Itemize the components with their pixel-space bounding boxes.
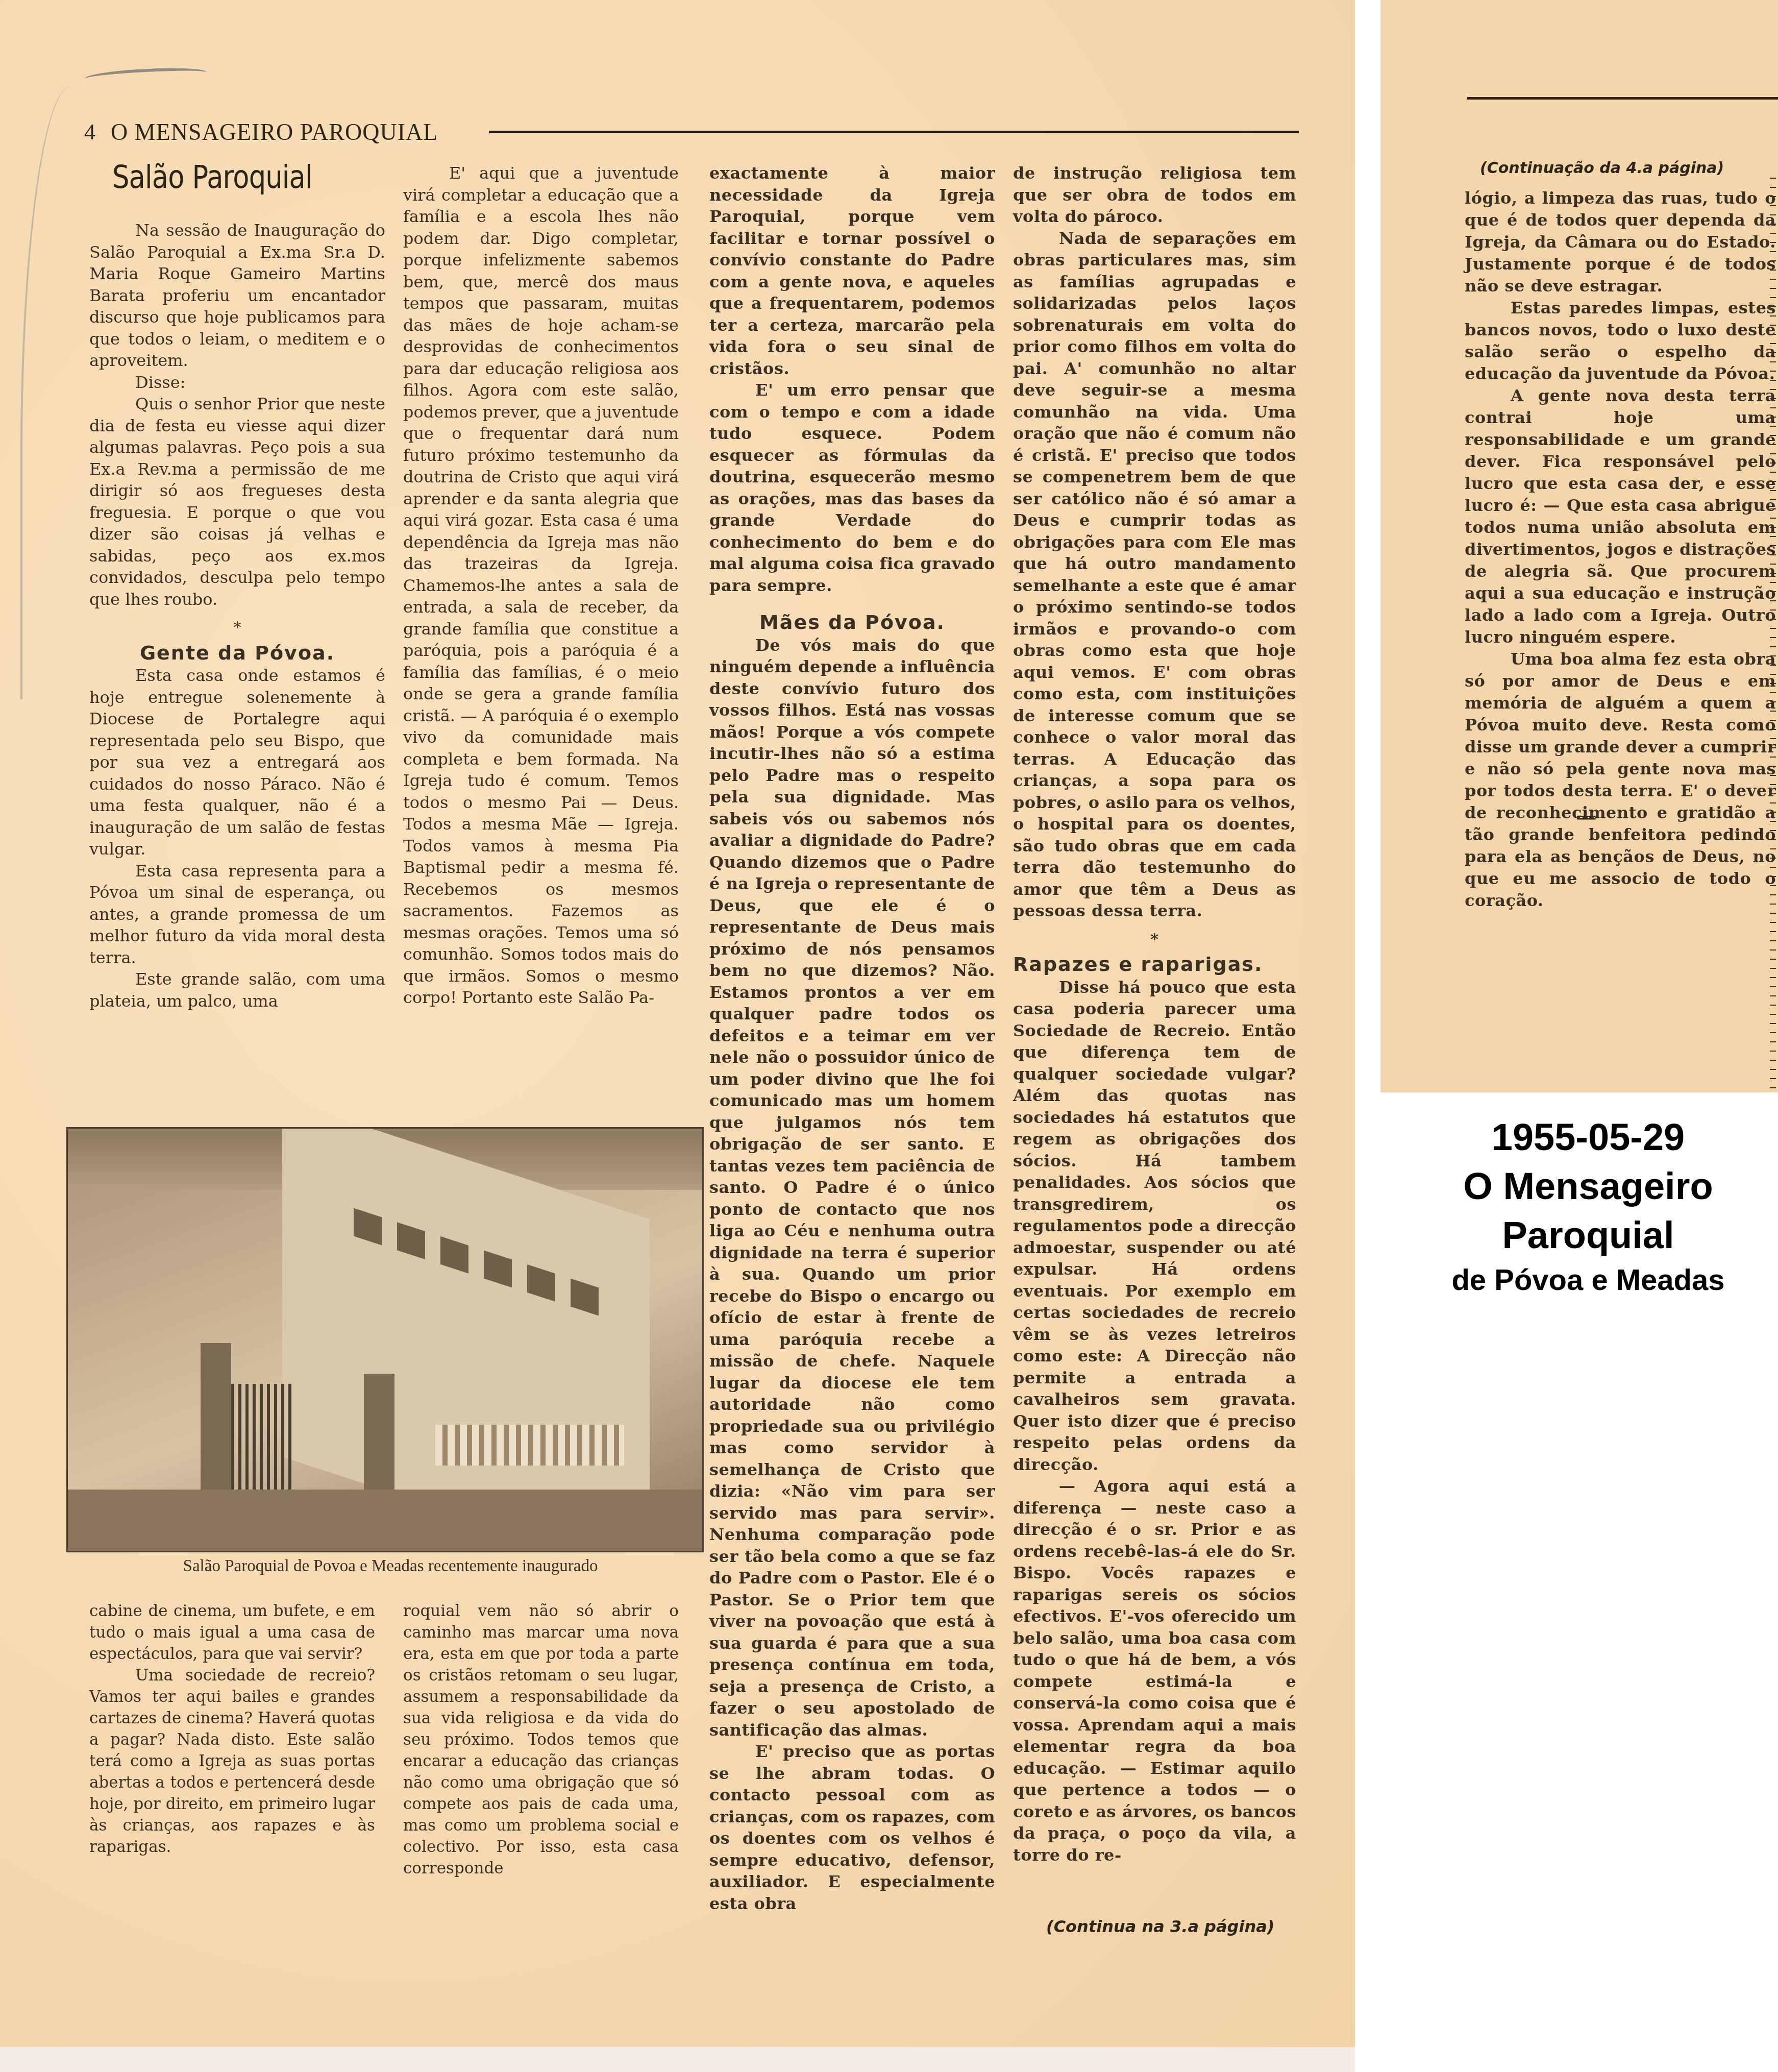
column-2-bottom: roquial vem não só abrir o caminho mas m… — [403, 1600, 679, 1879]
paragraph: Estas paredes limpas, estes bancos novos… — [1465, 297, 1776, 385]
paragraph: Nada de separações em obras particulares… — [1013, 228, 1296, 922]
paragraph: roquial vem não só abrir o caminho mas m… — [403, 1600, 679, 1879]
issue-date: 1955-05-29 — [1398, 1113, 1778, 1162]
column-4: de instrução religiosa tem que ser obra … — [1013, 162, 1296, 1866]
label-title-line-2: Paroquial — [1398, 1211, 1778, 1260]
paragraph: — Agora aqui está a diferença — neste ca… — [1013, 1475, 1296, 1866]
continuation-label: (Continuação da 4.a página) — [1480, 159, 1724, 177]
end-mark: ══ — [1577, 809, 1595, 827]
newspaper-page: 4 O MENSAGEIRO PAROQUIAL Salão Paroquial… — [0, 0, 1355, 2047]
disse-label: Disse: — [89, 372, 385, 394]
paragraph: Uma sociedade de recreio? Vamos ter aqui… — [89, 1665, 375, 1858]
intro-paragraph: Na sessão de Inauguração do Salão Paroqu… — [89, 220, 385, 372]
paragraph: Este grande salão, com uma plateia, um p… — [89, 968, 385, 1012]
label-subtitle: de Póvoa e Meadas — [1398, 1260, 1778, 1301]
section-separator: * — [1013, 929, 1296, 951]
photo-balustrade — [435, 1425, 624, 1466]
paragraph: Uma boa alma fez esta obra só por amor d… — [1465, 648, 1776, 912]
article-headline: Salão Paroquial — [112, 158, 312, 196]
paragraph: de instrução religiosa tem que ser obra … — [1013, 162, 1296, 228]
paragraph: A gente nova desta terra contrai hoje um… — [1465, 385, 1776, 648]
paragraph: Esta casa onde estamos é hoje entregue s… — [89, 665, 385, 860]
photo-wall — [282, 1127, 650, 1552]
subhead-gente-da-povoa: Gente da Póvoa. — [89, 642, 385, 664]
paragraph: exactamente à maior necessidade da Igrej… — [709, 162, 995, 379]
paragraph: lógio, a limpeza das ruas, tudo o que é … — [1465, 187, 1776, 297]
publication-name: O MENSAGEIRO PAROQUIAL — [111, 118, 438, 145]
paragraph: E' aqui que a juventude virá completar a… — [403, 162, 679, 1009]
continued-on-page-3: (Continua na 3.a página) — [1046, 1917, 1274, 1936]
page-number: 4 — [84, 119, 95, 145]
section-separator: * — [89, 617, 385, 639]
wavy-border — [1770, 174, 1776, 1092]
column-1-bottom: cabine de cinema, um bufete, e em tudo o… — [89, 1600, 375, 1858]
salao-photo — [66, 1127, 704, 1552]
column-1: Na sessão de Inauguração do Salão Paroqu… — [89, 220, 385, 1012]
subhead-rapazes-e-raparigas: Rapazes e raparigas. — [1013, 954, 1296, 976]
masthead-rule — [489, 131, 1299, 133]
column-2: E' aqui que a juventude virá completar a… — [403, 162, 679, 1009]
page-edge — [0, 2047, 1355, 2072]
paragraph: E' preciso que as portas se lhe abram to… — [709, 1741, 995, 1914]
archive-label: 1955-05-29 O Mensageiro Paroquial de Póv… — [1398, 1113, 1778, 1301]
column-3: exactamente à maior necessidade da Igrej… — [709, 162, 995, 1914]
paragraph: Disse há pouco que esta casa poderia par… — [1013, 977, 1296, 1476]
pencil-mark — [84, 66, 207, 86]
clipping-column: lógio, a limpeza das ruas, tudo o que é … — [1465, 187, 1776, 912]
clipping-rule — [1467, 97, 1778, 100]
photo-caption: Salão Paroquial de Povoa e Meadas recent… — [89, 1557, 692, 1576]
paragraph: Esta casa representa para a Póvoa um sin… — [89, 860, 385, 969]
subhead-maes-da-povoa: Mães da Póvoa. — [709, 612, 995, 633]
paragraph: cabine de cinema, um bufete, e em tudo o… — [89, 1600, 375, 1665]
paragraph: De vós mais do que ninguém depende a inf… — [709, 635, 995, 1741]
paragraph: E' um erro pensar que com o tempo e com … — [709, 379, 995, 596]
paragraph: Quis o senhor Prior que neste dia de fes… — [89, 393, 385, 610]
photo-ground — [68, 1490, 702, 1551]
label-title-line-1: O Mensageiro — [1398, 1162, 1778, 1211]
masthead: 4 O MENSAGEIRO PAROQUIAL — [84, 116, 1299, 147]
